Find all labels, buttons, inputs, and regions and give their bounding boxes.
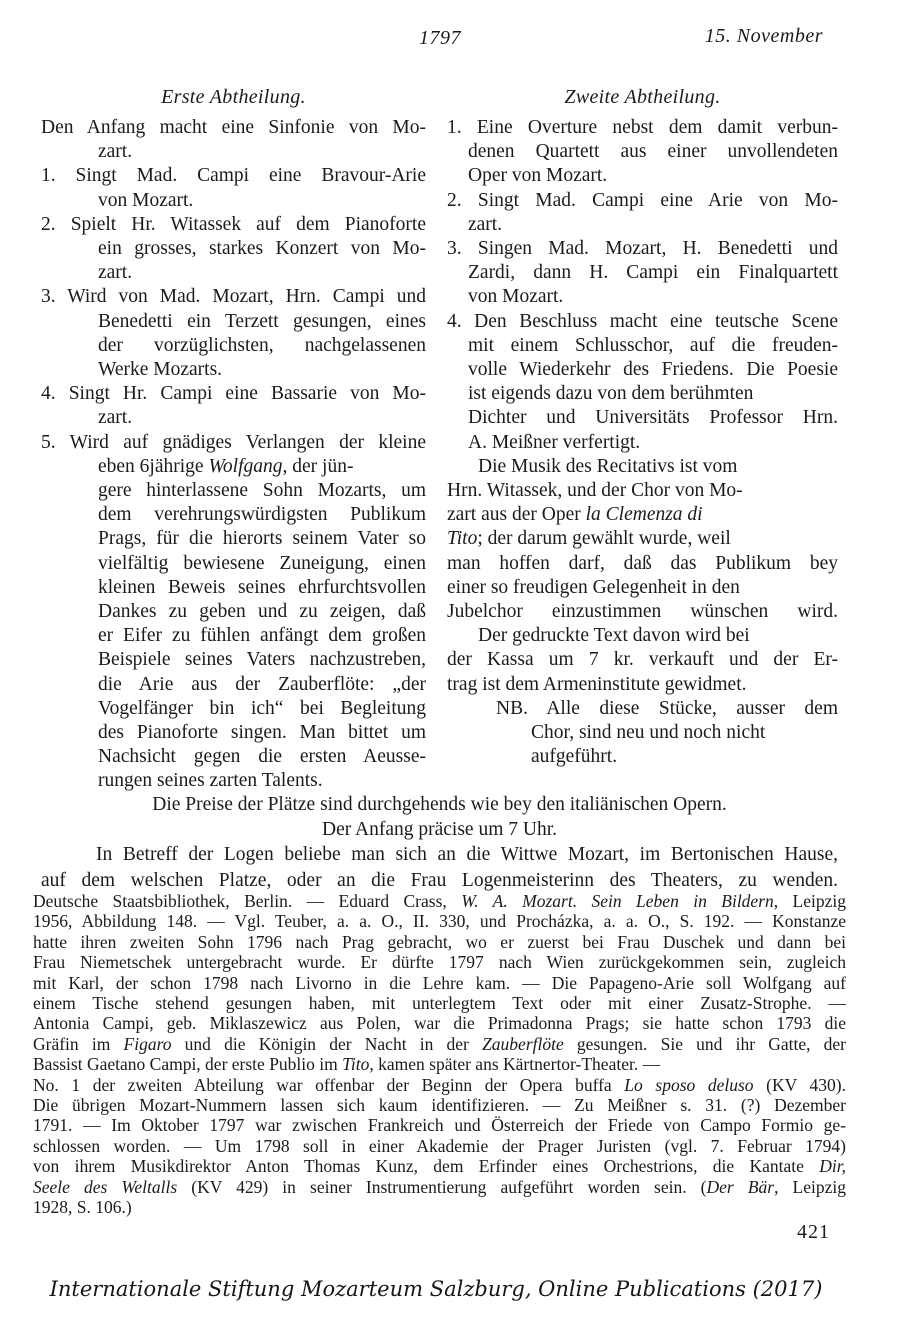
program-item-4: 4. Den Beschluss macht eine teutsche Sce… bbox=[447, 310, 838, 455]
notices-section: Die Preise der Plätze sind durchgehends … bbox=[41, 792, 838, 893]
program-item-1: 1. Singt Mad. Campi eine Bravour-Arievon… bbox=[41, 164, 426, 212]
program-item-4: 4. Singt Hr. Campi eine Bassarie von Mo-… bbox=[41, 382, 426, 430]
document-page: 1797 15. November Erste Abtheilung. Zwei… bbox=[0, 0, 900, 1326]
header-year: 1797 bbox=[380, 27, 500, 50]
right-column: 1. Eine Overture nebst dem damit verbun-… bbox=[447, 116, 838, 769]
music-paragraph: Die Musik des Recitativs ist vomHrn. Wit… bbox=[447, 455, 838, 624]
footer-credit: Internationale Stiftung Mozarteum Salzbu… bbox=[0, 1277, 872, 1301]
page-number: 421 bbox=[797, 1221, 830, 1244]
program-item-5: 5. Wird auf gnädiges Verlangen der klein… bbox=[41, 431, 426, 794]
logen-paragraph: In Betreff der Logen beliebe man sich an… bbox=[41, 842, 838, 892]
left-column: Den Anfang macht eine Sinfonie von Mo-za… bbox=[41, 116, 426, 794]
program-item-2: 2. Spielt Hr. Witassek auf dem Pianofort… bbox=[41, 213, 426, 286]
left-intro-paragraph: Den Anfang macht eine Sinfonie von Mo-za… bbox=[41, 116, 426, 164]
start-time-line: Der Anfang präcise um 7 Uhr. bbox=[41, 817, 838, 842]
prices-line: Die Preise der Plätze sind durchgehends … bbox=[41, 792, 838, 817]
left-column-heading: Erste Abtheilung. bbox=[41, 86, 426, 109]
right-column-heading: Zweite Abtheilung. bbox=[447, 86, 838, 109]
nb-note: NB. Alle diese Stücke, ausser demChor, s… bbox=[447, 697, 838, 770]
program-item-3: 3. Wird von Mad. Mozart, Hrn. Campi undB… bbox=[41, 285, 426, 382]
footnote-commentary: Deutsche Staatsbibliothek, Berlin. — Edu… bbox=[33, 891, 846, 1218]
printed-text-paragraph: Der gedruckte Text davon wird beider Kas… bbox=[447, 624, 838, 697]
program-item-1: 1. Eine Overture nebst dem damit verbun-… bbox=[447, 116, 838, 189]
program-item-2: 2. Singt Mad. Campi eine Arie von Mo-zar… bbox=[447, 189, 838, 237]
header-date: 15. November bbox=[705, 25, 823, 48]
program-item-3: 3. Singen Mad. Mozart, H. Benedetti undZ… bbox=[447, 237, 838, 310]
